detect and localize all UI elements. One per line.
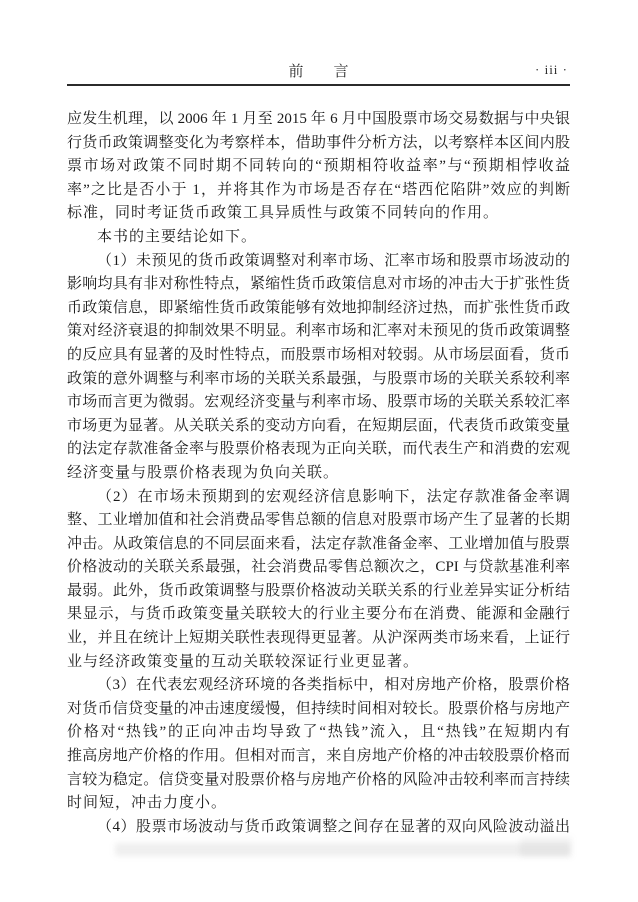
text-line: 价格对“热钱”的正向冲击均导致了“热钱”流入，且“热钱”在短期内有 [67,721,570,745]
page-content: 前 言 · iii · 应发生机理，以 2006 年 1 月至 2015 年 6… [67,0,570,86]
text-line: 对货币信贷变量的冲击速度缓慢，但持续时间相对较长。股票价格与房地产 [67,698,570,722]
text-line: 政策的意外调整与利率市场的关联关系最强，与股票市场的关联关系较利率 [67,368,570,392]
text-line: 币政策信息，即紧缩性货币政策能够有效地抑制经济过热，而扩张性货币政 [67,297,570,321]
text-line: 言较为稳定。信贷变量对股票价格与房地产价格的风险冲击较利率而言持续 [67,769,570,793]
text-line: 本书的主要结论如下。 [67,226,570,250]
text-line: 市场而言更为微弱。宏观经济变量与利率市场、股票市场的关联关系较汇率 [67,391,570,415]
bleed-through-ghost [520,837,572,857]
text-line: （3）在代表宏观经济环境的各类指标中，相对房地产价格，股票价格 [67,674,570,698]
page-header-title: 前 言 [67,60,570,81]
text-line: 冲击。从政策信息的不同层面来看，法定存款准备金率、工业增加值与股票 [67,533,570,557]
text-line: 最弱。此外，货币政策调整与股票价格波动关联关系的行业差异实证分析结 [67,580,570,604]
text-line: 的法定存款准备金率与股票价格表现为正向关联，而代表生产和消费的宏观 [67,438,570,462]
bleed-through-ghost [115,843,570,856]
text-line: 业，并且在统计上短期关联性表现得更显著。从沪深两类市场来看，上证行 [67,627,570,651]
header-rule [67,84,570,86]
text-line: （1）未预见的货币政策调整对利率市场、汇率市场和股票市场波动的 [67,250,570,274]
text-line: 经济变量与股票价格表现为负向关联。 [67,462,570,486]
text-line: 策对经济衰退的抑制效果不明显。利率市场和汇率对未预见的货币政策调整 [67,320,570,344]
page-number: · iii · [535,62,568,78]
text-line: 推高房地产价格的作用。但相对而言，来自房地产价格的冲击较股票价格而 [67,745,570,769]
text-line: 的反应具有显著的及时性特点，而股票市场相对较弱。从市场层面看，货币 [67,344,570,368]
text-line: 价格波动的关联关系最强，社会消费品零售总额次之，CPI 与贷款基准利率 [67,556,570,580]
body-text: 应发生机理，以 2006 年 1 月至 2015 年 6 月中国股票市场交易数据… [67,108,570,839]
text-line: 果显示，与货币政策变量关联较大的行业主要分布在消费、能源和金融行 [67,603,570,627]
page-header: 前 言 · iii · [67,0,570,86]
text-line: 时间短，冲击力度小。 [67,792,570,816]
text-line: （2）在市场未预期到的宏观经济信息影响下，法定存款准备金率调 [67,486,570,510]
text-line: 影响均具有非对称性特点，紧缩性货币政策信息对市场的冲击大于扩张性货 [67,273,570,297]
text-line: 应发生机理，以 2006 年 1 月至 2015 年 6 月中国股票市场交易数据… [67,108,570,132]
text-line: 票市场对政策不同时期不同转向的“预期相符收益率”与“预期相悖收益 [67,155,570,179]
text-line: 率”之比是否小于 1，并将其作为市场是否存在“塔西佗陷阱”效应的判断 [67,179,570,203]
text-line: 行货币政策调整变化为考察样本，借助事件分析方法，以考察样本区间内股 [67,132,570,156]
text-line: 市场更为显著。从关联关系的变动方向看，在短期层面，代表货币政策变量 [67,415,570,439]
text-line: 业与经济政策变量的互动关联较深证行业更显著。 [67,651,570,675]
text-line: （4）股票市场波动与货币政策调整之间存在显著的双向风险波动溢出 [67,816,570,840]
text-line: 整、工业增加值和社会消费品零售总额的信息对股票市场产生了显著的长期 [67,509,570,533]
text-line: 标准，同时考证货币政策工具异质性与政策不同转向的作用。 [67,202,570,226]
page: 前 言 · iii · 应发生机理，以 2006 年 1 月至 2015 年 6… [0,0,638,902]
